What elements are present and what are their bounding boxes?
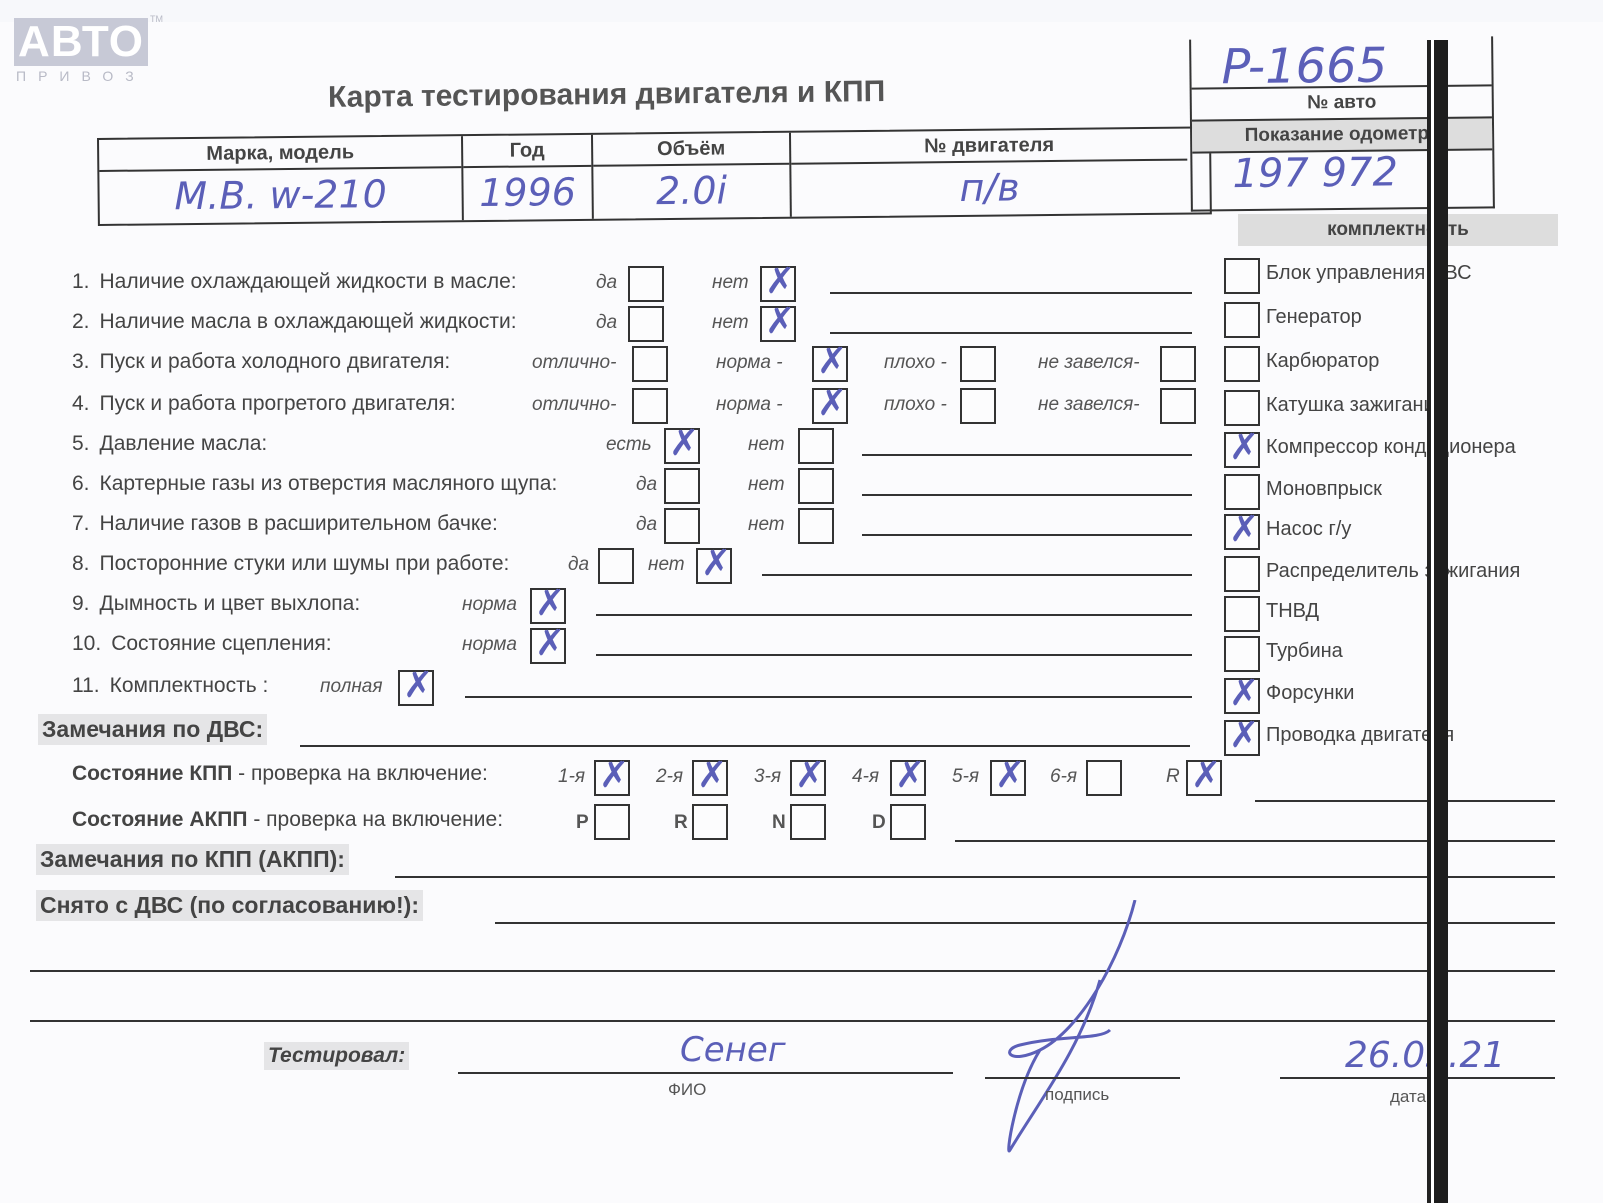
- page-title: Карта тестирования двигателя и КПП: [328, 75, 886, 115]
- question-number: 4.: [72, 392, 90, 415]
- completeness-item-label: Моновпрыск: [1266, 478, 1382, 501]
- gear-label: R: [1166, 766, 1180, 788]
- completeness-item-label: Карбюратор: [1266, 350, 1379, 373]
- option-checkbox[interactable]: [798, 428, 834, 464]
- date-value[interactable]: 26.05.21: [1345, 1035, 1505, 1076]
- completeness-checkbox[interactable]: [1224, 636, 1260, 672]
- tester-name-field[interactable]: [458, 1072, 953, 1074]
- option-label: полная: [320, 676, 383, 698]
- completeness-header: комплектность: [1238, 214, 1558, 246]
- volume-label: Объём: [593, 133, 789, 167]
- manual-gearbox-label-rest: - проверка на включение:: [232, 762, 488, 785]
- option-label: есть: [606, 434, 652, 456]
- removed-parts-field-3[interactable]: [30, 1020, 1555, 1022]
- engine-number-value[interactable]: п/в: [791, 161, 1188, 217]
- signature-scribble[interactable]: [1000, 900, 1160, 1160]
- question-text: Пуск и работа прогретого двигателя:: [100, 392, 456, 415]
- option-label: да: [596, 312, 617, 334]
- question-text: Комплектность :: [110, 674, 269, 697]
- option-label: не завелся-: [1038, 394, 1140, 416]
- tester-name-caption: ФИО: [668, 1080, 706, 1100]
- trademark-mark: TM: [150, 14, 163, 24]
- question-text: Давление масла:: [100, 432, 268, 455]
- gearbox-remarks-field[interactable]: [395, 876, 1555, 878]
- option-label: да: [568, 554, 589, 576]
- avtoprivoz-logo: АВТО: [14, 18, 148, 66]
- option-checkbox[interactable]: [628, 266, 664, 302]
- year-label: Год: [463, 135, 591, 168]
- option-checkbox[interactable]: [598, 548, 634, 584]
- completeness-item-label: Турбина: [1266, 640, 1343, 663]
- option-checkbox[interactable]: [960, 388, 996, 424]
- engine-number-label: № двигателя: [791, 129, 1187, 165]
- question-number: 1.: [72, 270, 90, 293]
- note-field[interactable]: [596, 614, 1192, 616]
- date-field[interactable]: [1280, 1077, 1555, 1079]
- option-checkbox[interactable]: [696, 548, 732, 584]
- completeness-checkbox[interactable]: [1224, 720, 1260, 756]
- option-checkbox[interactable]: [628, 306, 664, 342]
- option-label: нет: [712, 312, 749, 334]
- option-checkbox[interactable]: [1160, 346, 1196, 382]
- engine-remarks-field[interactable]: [300, 745, 1190, 747]
- option-label: норма -: [716, 394, 783, 416]
- question-label: 2.Наличие масла в охлаждающей жидкости:: [72, 310, 517, 334]
- question-label: 6.Картерные газы из отверстия масляного …: [72, 472, 557, 496]
- odometer-value[interactable]: 197 972: [1232, 149, 1398, 197]
- signature-caption: подпись: [1045, 1085, 1109, 1105]
- gear-checkbox[interactable]: [1086, 760, 1122, 796]
- question-text: Посторонние стуки или шумы при работе:: [100, 552, 510, 575]
- auto-odometer-box: P-1665 № авто Показание одометра 197 972: [1189, 36, 1495, 211]
- gear-checkbox[interactable]: [594, 760, 630, 796]
- option-checkbox[interactable]: [812, 388, 848, 424]
- note-field[interactable]: [862, 534, 1192, 536]
- option-label: нет: [748, 514, 785, 536]
- question-number: 3.: [72, 350, 90, 373]
- auto-gear-checkbox[interactable]: [692, 804, 728, 840]
- question-label: 11.Комплектность :: [72, 674, 268, 698]
- auto-gear-label: D: [872, 812, 886, 834]
- note-field[interactable]: [465, 696, 1192, 698]
- question-number: 7.: [72, 512, 90, 535]
- signature-field[interactable]: [985, 1077, 1180, 1079]
- make-model-cell: Марка, модель M.B. w-210: [99, 136, 464, 224]
- question-label: 5.Давление масла:: [72, 432, 267, 456]
- note-field[interactable]: [762, 574, 1192, 576]
- volume-value[interactable]: 2.0i: [593, 165, 790, 219]
- option-label: нет: [648, 554, 685, 576]
- auto-gear-checkbox[interactable]: [890, 804, 926, 840]
- completeness-item-label: Компрессор кондиционера: [1266, 436, 1516, 459]
- completeness-item-label: Распределитель зажигания: [1266, 560, 1520, 583]
- question-label: 9.Дымность и цвет выхлопа:: [72, 592, 360, 616]
- completeness-checkbox[interactable]: [1224, 474, 1260, 510]
- question-text: Состояние сцепления:: [111, 632, 331, 655]
- option-checkbox[interactable]: [632, 346, 668, 382]
- volume-cell: Объём 2.0i: [593, 133, 792, 219]
- option-label: да: [596, 272, 617, 294]
- note-field[interactable]: [830, 292, 1192, 294]
- gear-label: 3-я: [754, 766, 781, 788]
- question-text: Картерные газы из отверстия масляного щу…: [100, 472, 558, 495]
- completeness-item-label: Форсунки: [1266, 682, 1354, 705]
- question-text: Наличие охлаждающей жидкости в масле:: [100, 270, 517, 293]
- question-number: 10.: [72, 632, 101, 655]
- question-number: 8.: [72, 552, 90, 575]
- question-label: 1.Наличие охлаждающей жидкости в масле:: [72, 270, 517, 294]
- question-number: 6.: [72, 472, 90, 495]
- option-label: плохо -: [884, 352, 947, 374]
- gear-checkbox[interactable]: [790, 760, 826, 796]
- make-model-label: Марка, модель: [99, 136, 461, 172]
- year-cell: Год 1996: [463, 135, 594, 220]
- question-text: Наличие газов в расширительном бачке:: [100, 512, 498, 535]
- auto-gearbox-label-bold: Состояние АКПП: [72, 808, 248, 831]
- auto-gear-checkbox[interactable]: [790, 804, 826, 840]
- completeness-checkbox[interactable]: [1224, 596, 1260, 632]
- option-checkbox[interactable]: [530, 588, 566, 624]
- option-label: не завелся-: [1038, 352, 1140, 374]
- tested-by-label: Тестировал:: [264, 1042, 409, 1070]
- option-label: норма: [462, 594, 517, 616]
- logo-subtitle: ПРИВОЗ: [16, 68, 146, 84]
- completeness-item-label: Катушка зажигания: [1266, 394, 1446, 417]
- question-text: Дымность и цвет выхлопа:: [100, 592, 361, 615]
- note-field[interactable]: [862, 454, 1192, 456]
- completeness-item-label: Проводка двигателя: [1266, 724, 1454, 747]
- question-label: 4.Пуск и работа прогретого двигателя:: [72, 392, 456, 416]
- manual-gearbox-label-bold: Состояние КПП: [72, 762, 232, 785]
- engine-remarks-label: Замечания по ДВС:: [38, 714, 267, 745]
- option-label: отлично-: [532, 352, 616, 374]
- option-checkbox[interactable]: [664, 428, 700, 464]
- completeness-item-label: ТНВД: [1266, 600, 1319, 623]
- binder-clip-edge: [1431, 40, 1448, 1203]
- option-checkbox[interactable]: [632, 388, 668, 424]
- option-checkbox[interactable]: [398, 670, 434, 706]
- option-checkbox[interactable]: [664, 508, 700, 544]
- question-label: 10.Состояние сцепления:: [72, 632, 332, 656]
- option-checkbox[interactable]: [664, 468, 700, 504]
- option-checkbox[interactable]: [812, 346, 848, 382]
- option-label: норма: [462, 634, 517, 656]
- removed-parts-label: Снято с ДВС (по согласованию!):: [36, 890, 423, 921]
- question-text: Наличие масла в охлаждающей жидкости:: [100, 310, 517, 333]
- auto-gear-label: N: [772, 812, 786, 834]
- auto-gear-label: P: [576, 812, 589, 834]
- question-number: 2.: [72, 310, 90, 333]
- option-checkbox[interactable]: [760, 266, 796, 302]
- option-checkbox[interactable]: [530, 628, 566, 664]
- note-field[interactable]: [862, 494, 1192, 496]
- completeness-checkbox[interactable]: [1224, 514, 1260, 550]
- option-label: норма -: [716, 352, 783, 374]
- option-label: да: [636, 514, 657, 536]
- manual-gearbox-label: Состояние КПП - проверка на включение:: [72, 762, 488, 786]
- completeness-checkbox[interactable]: [1224, 432, 1260, 468]
- gear-checkbox[interactable]: [1186, 760, 1222, 796]
- question-number: 11.: [72, 674, 100, 697]
- engine-number-cell: № двигателя п/в: [791, 129, 1188, 217]
- option-label: нет: [712, 272, 749, 294]
- gear-checkbox[interactable]: [890, 760, 926, 796]
- question-label: 3.Пуск и работа холодного двигателя:: [72, 350, 450, 374]
- option-label: нет: [748, 474, 785, 496]
- option-label: отлично-: [532, 394, 616, 416]
- make-model-value[interactable]: M.B. w-210: [99, 168, 462, 224]
- option-label: плохо -: [884, 394, 947, 416]
- question-label: 8.Посторонние стуки или шумы при работе:: [72, 552, 509, 576]
- completeness-checkbox[interactable]: [1224, 678, 1260, 714]
- option-checkbox[interactable]: [798, 508, 834, 544]
- date-caption: дата: [1390, 1087, 1426, 1107]
- gear-label: 6-я: [1050, 766, 1077, 788]
- gear-checkbox[interactable]: [692, 760, 728, 796]
- note-field[interactable]: [596, 654, 1192, 656]
- question-label: 7.Наличие газов в расширительном бачке:: [72, 512, 498, 536]
- vehicle-info-table: Марка, модель M.B. w-210 Год 1996 Объём …: [97, 126, 1212, 226]
- completeness-checkbox[interactable]: [1224, 302, 1260, 338]
- question-number: 5.: [72, 432, 90, 455]
- gear-label: 5-я: [952, 766, 979, 788]
- completeness-item-label: Насос г/у: [1266, 518, 1351, 541]
- option-checkbox[interactable]: [798, 468, 834, 504]
- question-number: 9.: [72, 592, 90, 615]
- option-checkbox[interactable]: [760, 306, 796, 342]
- completeness-checkbox[interactable]: [1224, 390, 1260, 426]
- completeness-checkbox[interactable]: [1224, 556, 1260, 592]
- auto-gearbox-note-field[interactable]: [955, 840, 1555, 842]
- auto-gearbox-label-rest: - проверка на включение:: [248, 808, 504, 831]
- auto-gearbox-label: Состояние АКПП - проверка на включение:: [72, 808, 503, 832]
- completeness-item-label: Генератор: [1266, 306, 1362, 329]
- auto-gear-checkbox[interactable]: [594, 804, 630, 840]
- gear-label: 1-я: [558, 766, 585, 788]
- option-checkbox[interactable]: [960, 346, 996, 382]
- question-text: Пуск и работа холодного двигателя:: [100, 350, 451, 373]
- tester-name-value[interactable]: Сенег: [680, 1030, 786, 1070]
- year-value[interactable]: 1996: [463, 167, 592, 220]
- gear-label: 2-я: [656, 766, 683, 788]
- removed-parts-field-2[interactable]: [30, 970, 1555, 972]
- option-label: да: [636, 474, 657, 496]
- auto-gear-label: R: [674, 812, 688, 834]
- completeness-checkbox[interactable]: [1224, 258, 1260, 294]
- note-field[interactable]: [830, 332, 1192, 334]
- option-checkbox[interactable]: [1160, 388, 1196, 424]
- option-label: нет: [748, 434, 785, 456]
- manual-gearbox-note-field[interactable]: [1255, 800, 1555, 802]
- gear-label: 4-я: [852, 766, 879, 788]
- completeness-checkbox[interactable]: [1224, 346, 1260, 382]
- gearbox-remarks-label: Замечания по КПП (АКПП):: [36, 844, 349, 875]
- gear-checkbox[interactable]: [990, 760, 1026, 796]
